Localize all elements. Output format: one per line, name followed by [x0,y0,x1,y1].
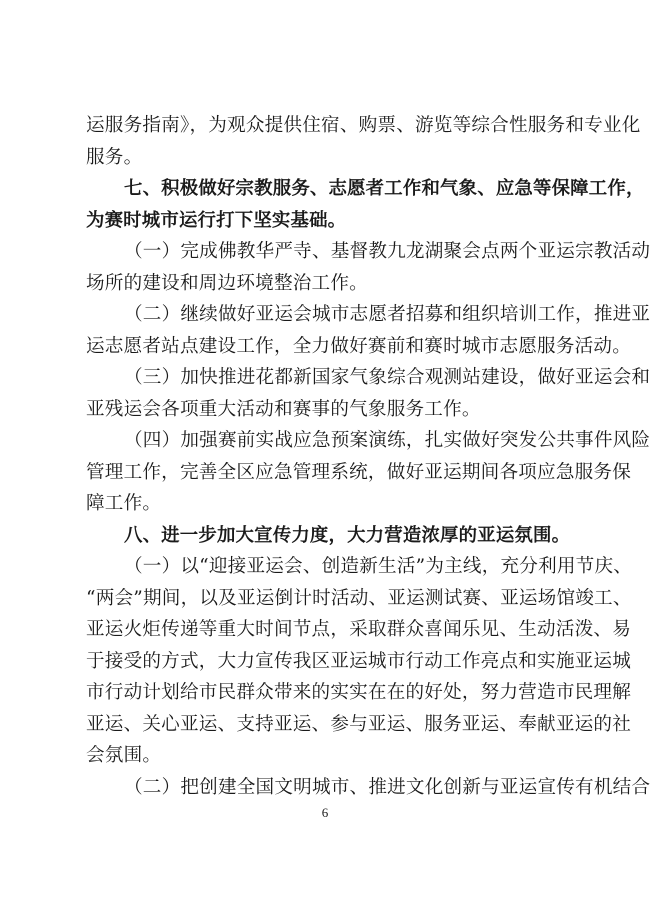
item-7-4: （四）加强赛前实战应急预案演练，扎实做好突发公共事件风险 [86,425,566,457]
item-8-1-cont: 市行动计划给市民群众带来的实实在在的好处，努力营造市民理解 [86,677,566,709]
item-8-1: （一）以“迎接亚运会、创造新生活”为主线，充分利用节庆、 [86,551,566,583]
item-8-1-cont: 于接受的方式，大力宣传我区亚运城市行动工作亮点和实施亚运城 [86,646,566,678]
item-7-2: （二）继续做好亚运会城市志愿者招募和组织培训工作，推进亚 [86,299,566,331]
item-7-4-cont: 障工作。 [86,488,566,520]
section-heading-7-cont: 为赛时城市运行打下坚实基础。 [86,205,566,237]
section-heading-7: 七、积极做好宗教服务、志愿者工作和气象、应急等保障工作， [86,173,566,205]
item-8-1-cont: 亚运火炬传递等重大时间节点，采取群众喜闻乐见、生动活泼、易 [86,614,566,646]
item-8-1-cont: 会氛围。 [86,740,566,772]
document-body: 运服务指南》，为观众提供住宿、购票、游览等综合性服务和专业化 服务。 七、积极做… [86,110,566,803]
body-line: 运服务指南》，为观众提供住宿、购票、游览等综合性服务和专业化 [86,110,566,142]
item-7-4-cont: 管理工作，完善全区应急管理系统，做好亚运期间各项应急服务保 [86,457,566,489]
item-7-2-cont: 运志愿者站点建设工作，全力做好赛前和赛时城市志愿服务活动。 [86,331,566,363]
page-number: 6 [0,805,650,821]
item-7-1-cont: 场所的建设和周边环境整治工作。 [86,268,566,300]
item-8-2: （二）把创建全国文明城市、推进文化创新与亚运宣传有机结合 [86,772,566,804]
item-7-3: （三）加快推进花都新国家气象综合观测站建设，做好亚运会和 [86,362,566,394]
section-heading-8: 八、进一步加大宣传力度，大力营造浓厚的亚运氛围。 [86,520,566,552]
item-7-3-cont: 亚残运会各项重大活动和赛事的气象服务工作。 [86,394,566,426]
item-8-1-cont: “两会”期间，以及亚运倒计时活动、亚运测试赛、亚运场馆竣工、 [86,583,566,615]
body-line: 服务。 [86,142,566,174]
item-7-1: （一）完成佛教华严寺、基督教九龙湖聚会点两个亚运宗教活动 [86,236,566,268]
item-8-1-cont: 亚运、关心亚运、支持亚运、参与亚运、服务亚运、奉献亚运的社 [86,709,566,741]
